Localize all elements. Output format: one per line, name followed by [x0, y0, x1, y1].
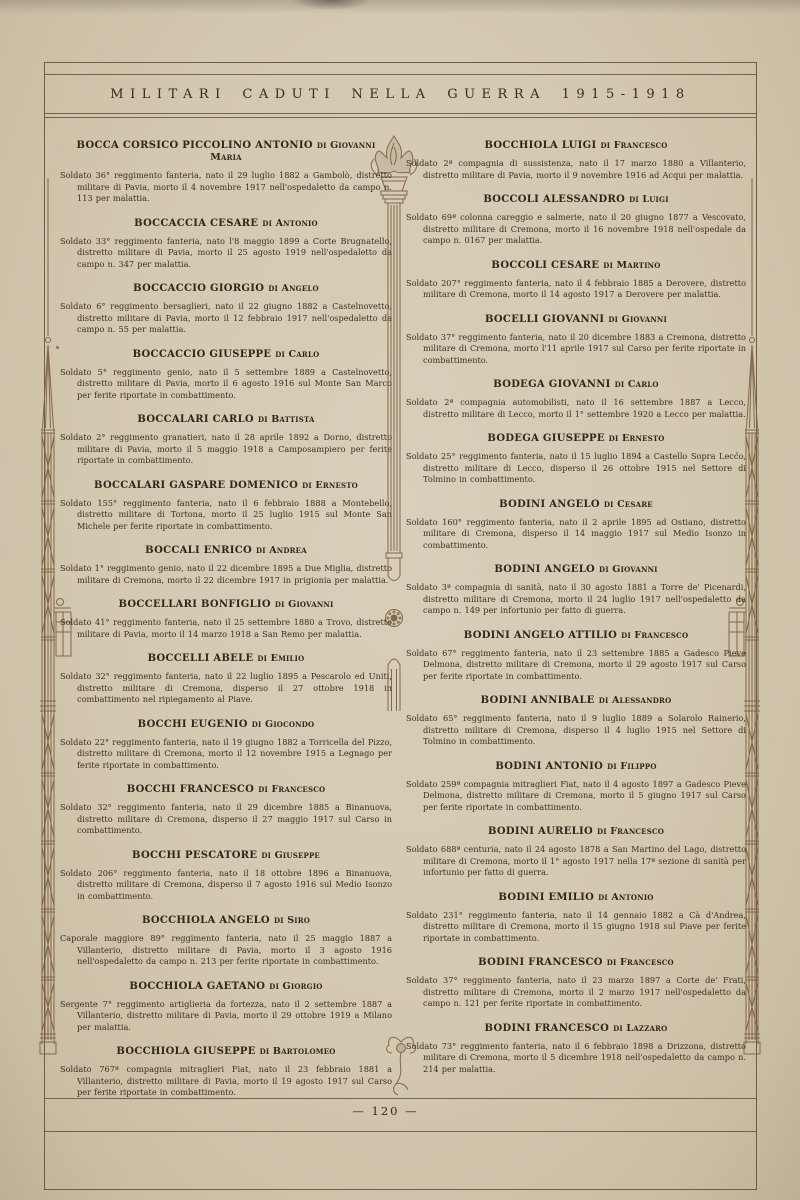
entry-heading: BOCCHI PESCATOREdi Giuseppe: [60, 850, 392, 862]
entry-name: BOCCHIOLA ANGELO: [142, 915, 270, 926]
entry-text: Soldato 6° reggimento bersaglieri, nato …: [60, 301, 392, 336]
entry-heading: BOCCHIOLA GIUSEPPEdi Bartolomeo: [60, 1046, 392, 1058]
entry-heading: BOCCHIOLA GAETANOdi Giorgio: [60, 981, 392, 993]
entry-text: Soldato 207° reggimento fanteria, nato i…: [406, 278, 746, 301]
entry-text: Soldato 2ª compagnia di sussistenza, nat…: [406, 158, 746, 181]
entry-heading: BODINI FRANCESCOdi Lazzaro: [406, 1023, 746, 1035]
entry-name: BOCCACCIA CESARE: [134, 218, 258, 229]
entry-text: Soldato 33° reggimento fanteria, nato l'…: [60, 236, 392, 271]
entry-heading: BOCCA CORSICO PICCOLINO ANTONIOdi Giovan…: [60, 140, 392, 164]
entry-patronymic: di Giuseppe: [261, 850, 320, 861]
entry-name: BOCCOLI ALESSANDRO: [483, 194, 625, 205]
entry: BOCCACCIA CESAREdi Antonio Soldato 33° r…: [60, 218, 392, 271]
entry: BODINI FRANCESCOdi Lazzaro Soldato 73° r…: [406, 1023, 746, 1076]
entry-patronymic: di Francesco: [621, 630, 688, 641]
entry-name: BOCCACCIO GIUSEPPE: [133, 349, 272, 360]
rule: [44, 117, 757, 118]
entry-patronymic: di Giovanni: [608, 314, 667, 325]
entry: BOCCHI FRANCESCOdi Francesco Soldato 32°…: [60, 784, 392, 837]
entry: BOCCA CORSICO PICCOLINO ANTONIOdi Giovan…: [60, 140, 392, 205]
entry: BOCCOLI CESAREdi Martino Soldato 207° re…: [406, 260, 746, 301]
entry-name: BOCCELLARI BONFIGLIO: [118, 599, 270, 610]
entry-patronymic: di Francesco: [258, 784, 325, 795]
entry-text: Caporale maggiore 89° reggimento fanteri…: [60, 933, 392, 968]
entry-text: Soldato 155° reggimento fanteria, nato i…: [60, 498, 392, 533]
entry-patronymic: di Giovanni: [599, 564, 658, 575]
scan-edge-shadow: [0, 0, 800, 14]
entry-text: Soldato 5° reggimento genio, nato il 5 s…: [60, 367, 392, 402]
entry-heading: BOCCOLI ALESSANDROdi Luigi: [406, 194, 746, 206]
entry-name: BODINI ANGELO ATTILIO: [464, 630, 617, 641]
entry-patronymic: di Giocondo: [252, 719, 315, 730]
entry-heading: BODEGA GIOVANNIdi Carlo: [406, 379, 746, 391]
entry-name: BODINI EMILIO: [498, 892, 594, 903]
entry-name: BOCCHI FRANCESCO: [127, 784, 254, 795]
entry: BOCCHI PESCATOREdi Giuseppe Soldato 206°…: [60, 850, 392, 903]
entry-heading: BODINI AURELIOdi Francesco: [406, 826, 746, 838]
entry-text: Soldato 2ª compagnia automobilisti, nato…: [406, 397, 746, 420]
entry-text: Soldato 767ª compagnia mitraglieri Fiat,…: [60, 1064, 392, 1099]
entry-patronymic: di Ernesto: [609, 433, 665, 444]
entry-heading: BOCCHI FRANCESCOdi Francesco: [60, 784, 392, 796]
entry-name: BODEGA GIUSEPPE: [487, 433, 604, 444]
entry-heading: BODINI ANNIBALEdi Alessandro: [406, 695, 746, 707]
entry: BOCCACCIO GIUSEPPEdi Carlo Soldato 5° re…: [60, 349, 392, 402]
entry-heading: BOCCALARI CARLOdi Battista: [60, 414, 392, 426]
entry-text: Soldato 36° reggimento fanteria, nato il…: [60, 170, 392, 205]
entry-patronymic: di Filippo: [607, 761, 657, 772]
entry-heading: BOCCACCIO GIUSEPPEdi Carlo: [60, 349, 392, 361]
entry: BOCCHI EUGENIOdi Giocondo Soldato 22° re…: [60, 719, 392, 772]
entry-text: Sergente 7° reggimento artiglieria da fo…: [60, 999, 392, 1034]
entry: BODINI ANNIBALEdi Alessandro Soldato 65°…: [406, 695, 746, 748]
entry-heading: BODEGA GIUSEPPEdi Ernesto: [406, 433, 746, 445]
entry-name: BOCCELLI ABELE: [148, 653, 254, 664]
entry-name: BODINI ANNIBALE: [481, 695, 595, 706]
entry: BOCCELLI ABELEdi Emilio Soldato 32° regg…: [60, 653, 392, 706]
entry-text: Soldato 73° reggimento fanteria, nato il…: [406, 1041, 746, 1076]
entry-patronymic: di Angelo: [268, 283, 319, 294]
entry-heading: BOCCALARI GASPARE DOMENICOdi Ernesto: [60, 480, 392, 492]
entry: BOCCELLARI BONFIGLIOdi Giovanni Soldato …: [60, 599, 392, 640]
entry-text: Soldato 32° reggimento fanteria, nato il…: [60, 802, 392, 837]
scanned-book-page: { "page": { "title": "MILITARI CADUTI NE…: [0, 0, 800, 1200]
entry-heading: BOCCOLI CESAREdi Martino: [406, 260, 746, 272]
entry: BOCCOLI ALESSANDROdi Luigi Soldato 69ª c…: [406, 194, 746, 247]
entry-patronymic: di Martino: [603, 260, 660, 271]
right-column: BOCCHIOLA LUIGIdi Francesco Soldato 2ª c…: [406, 140, 746, 1088]
entry-heading: BOCCHI EUGENIOdi Giocondo: [60, 719, 392, 731]
scan-smudge: [292, 0, 370, 10]
entry-patronymic: di Francesco: [597, 826, 664, 837]
entry-text: Soldato 65° reggimento fanteria, nato il…: [406, 713, 746, 748]
entry-patronymic: di Giovanni: [275, 599, 334, 610]
entry-heading: BOCCELLI ABELEdi Emilio: [60, 653, 392, 665]
entry-name: BODINI FRANCESCO: [478, 957, 603, 968]
entry: BODEGA GIOVANNIdi Carlo Soldato 2ª compa…: [406, 379, 746, 420]
entry-text: Soldato 22° reggimento fanteria, nato il…: [60, 737, 392, 772]
entry-patronymic: di Antonio: [598, 892, 654, 903]
entry: BODINI AURELIOdi Francesco Soldato 688ª …: [406, 826, 746, 879]
entry: BODINI ANTONIOdi Filippo Soldato 259ª co…: [406, 761, 746, 814]
entry-name: BOCCOLI CESARE: [491, 260, 599, 271]
entry: BODINI ANGELOdi Cesare Soldato 160° regg…: [406, 499, 746, 552]
entry-text: Soldato 67° reggimento fanteria, nato il…: [406, 648, 746, 683]
entry-patronymic: di Carlo: [615, 379, 659, 390]
page-title: MILITARI CADUTI NELLA GUERRA 1915-1918: [110, 87, 690, 102]
entry: BOCCALARI CARLOdi Battista Soldato 2° re…: [60, 414, 392, 467]
entry-name: BOCCA CORSICO PICCOLINO ANTONIO: [77, 140, 313, 151]
entry: BOCCHIOLA ANGELOdi Siro Caporale maggior…: [60, 915, 392, 968]
entry-heading: BODINI ANGELO ATTILIOdi Francesco: [406, 630, 746, 642]
entry-patronymic: di Francesco: [600, 140, 667, 151]
entry-name: BOCELLI GIOVANNI: [485, 314, 604, 325]
entry-patronymic: di Emilio: [257, 653, 304, 664]
entry: BOCCALI ENRICOdi Andrea Soldato 1° reggi…: [60, 545, 392, 586]
entry: BODINI ANGELO ATTILIOdi Francesco Soldat…: [406, 630, 746, 683]
entry-name: BOCCALARI CARLO: [137, 414, 254, 425]
entry-heading: BODINI ANGELOdi Giovanni: [406, 564, 746, 576]
entry-name: BOCCHIOLA GAETANO: [129, 981, 265, 992]
entry-text: Soldato 1° reggimento genio, nato il 22 …: [60, 563, 392, 586]
entry-patronymic: di Giorgio: [269, 981, 322, 992]
entry-patronymic: di Bartolomeo: [260, 1046, 336, 1057]
entry: BOCCACCIO GIORGIOdi Angelo Soldato 6° re…: [60, 283, 392, 336]
entry-patronymic: di Cesare: [604, 499, 653, 510]
entry: BODINI FRANCESCOdi Francesco Soldato 37°…: [406, 957, 746, 1010]
entry-name: BOCCALARI GASPARE DOMENICO: [94, 480, 298, 491]
entry-name: BODINI ANTONIO: [495, 761, 603, 772]
entry: BOCELLI GIOVANNIdi Giovanni Soldato 37° …: [406, 314, 746, 367]
entry-heading: BODINI FRANCESCOdi Francesco: [406, 957, 746, 969]
entry-patronymic: di Antonio: [262, 218, 318, 229]
entry-heading: BODINI ANTONIOdi Filippo: [406, 761, 746, 773]
entry: BOCCALARI GASPARE DOMENICOdi Ernesto Sol…: [60, 480, 392, 533]
entry-text: Soldato 2° reggimento granatieri, nato i…: [60, 432, 392, 467]
entry-name: BODINI ANGELO: [499, 499, 600, 510]
entry: BODEGA GIUSEPPEdi Ernesto Soldato 25° re…: [406, 433, 746, 486]
entry-name: BOCCALI ENRICO: [145, 545, 252, 556]
entry-patronymic: di Alessandro: [599, 695, 672, 706]
entry-patronymic: di Francesco: [607, 957, 674, 968]
entry-name: BOCCACCIO GIORGIO: [133, 283, 264, 294]
rule: [44, 1131, 757, 1132]
entry-name: BODEGA GIOVANNI: [493, 379, 610, 390]
entry: BOCCHIOLA LUIGIdi Francesco Soldato 2ª c…: [406, 140, 746, 181]
entry-heading: BOCCHIOLA ANGELOdi Siro: [60, 915, 392, 927]
entry-heading: BOCCACCIO GIORGIOdi Angelo: [60, 283, 392, 295]
entry: BOCCHIOLA GIUSEPPEdi Bartolomeo Soldato …: [60, 1046, 392, 1099]
entry-text: Soldato 3ª compagnia di sanità, nato il …: [406, 582, 746, 617]
entry-text: Soldato 69ª colonna careggio e salmerie,…: [406, 212, 746, 247]
entry-text: Soldato 160° reggimento fanteria, nato i…: [406, 517, 746, 552]
rule: [44, 113, 757, 114]
entry-patronymic: di Battista: [258, 414, 315, 425]
entry-name: BODINI AURELIO: [488, 826, 593, 837]
entry-patronymic: di Carlo: [275, 349, 319, 360]
entry-text: Soldato 41° reggimento fanteria, nato il…: [60, 617, 392, 640]
entry-name: BOCCHI PESCATORE: [132, 850, 257, 861]
entry-text: Soldato 206° reggimento fanteria, nato i…: [60, 868, 392, 903]
entry-name: BOCCHIOLA GIUSEPPE: [116, 1046, 255, 1057]
entry-patronymic: di Andrea: [256, 545, 307, 556]
entry-patronymic: di Luigi: [629, 194, 669, 205]
entry-text: Soldato 25° reggimento fanteria, nato il…: [406, 451, 746, 486]
entry-heading: BODINI EMILIOdi Antonio: [406, 892, 746, 904]
entry-text: Soldato 231° reggimento fanteria, nato i…: [406, 910, 746, 945]
entry-name: BOCCHI EUGENIO: [138, 719, 248, 730]
entry-text: Soldato 259ª compagnia mitraglieri Fiat,…: [406, 779, 746, 814]
entry-patronymic: di Lazzaro: [613, 1023, 667, 1034]
entry-heading: BOCCALI ENRICOdi Andrea: [60, 545, 392, 557]
entry-patronymic: di Siro: [274, 915, 310, 926]
entry-name: BOCCHIOLA LUIGI: [484, 140, 596, 151]
entry: BOCCHIOLA GAETANOdi Giorgio Sergente 7° …: [60, 981, 392, 1034]
entry-text: Soldato 37° reggimento fanteria, nato il…: [406, 332, 746, 367]
entry-name: BODINI ANGELO: [494, 564, 595, 575]
entry: BODINI EMILIOdi Antonio Soldato 231° reg…: [406, 892, 746, 945]
entry-text: Soldato 688ª centuria, nato il 24 agosto…: [406, 844, 746, 879]
left-column: BOCCA CORSICO PICCOLINO ANTONIOdi Giovan…: [60, 140, 392, 1112]
entry-heading: BOCCACCIA CESAREdi Antonio: [60, 218, 392, 230]
entry: BODINI ANGELOdi Giovanni Soldato 3ª comp…: [406, 564, 746, 617]
entry-heading: BODINI ANGELOdi Cesare: [406, 499, 746, 511]
entry-name: BODINI FRANCESCO: [485, 1023, 610, 1034]
title-band: MILITARI CADUTI NELLA GUERRA 1915-1918: [45, 75, 756, 113]
entry-heading: BOCELLI GIOVANNIdi Giovanni: [406, 314, 746, 326]
entry-heading: BOCCHIOLA LUIGIdi Francesco: [406, 140, 746, 152]
entry-heading: BOCCELLARI BONFIGLIOdi Giovanni: [60, 599, 392, 611]
entry-patronymic: di Ernesto: [302, 480, 358, 491]
entry-text: Soldato 32° reggimento fanteria, nato il…: [60, 671, 392, 706]
entry-text: Soldato 37° reggimento fanteria, nato il…: [406, 975, 746, 1010]
